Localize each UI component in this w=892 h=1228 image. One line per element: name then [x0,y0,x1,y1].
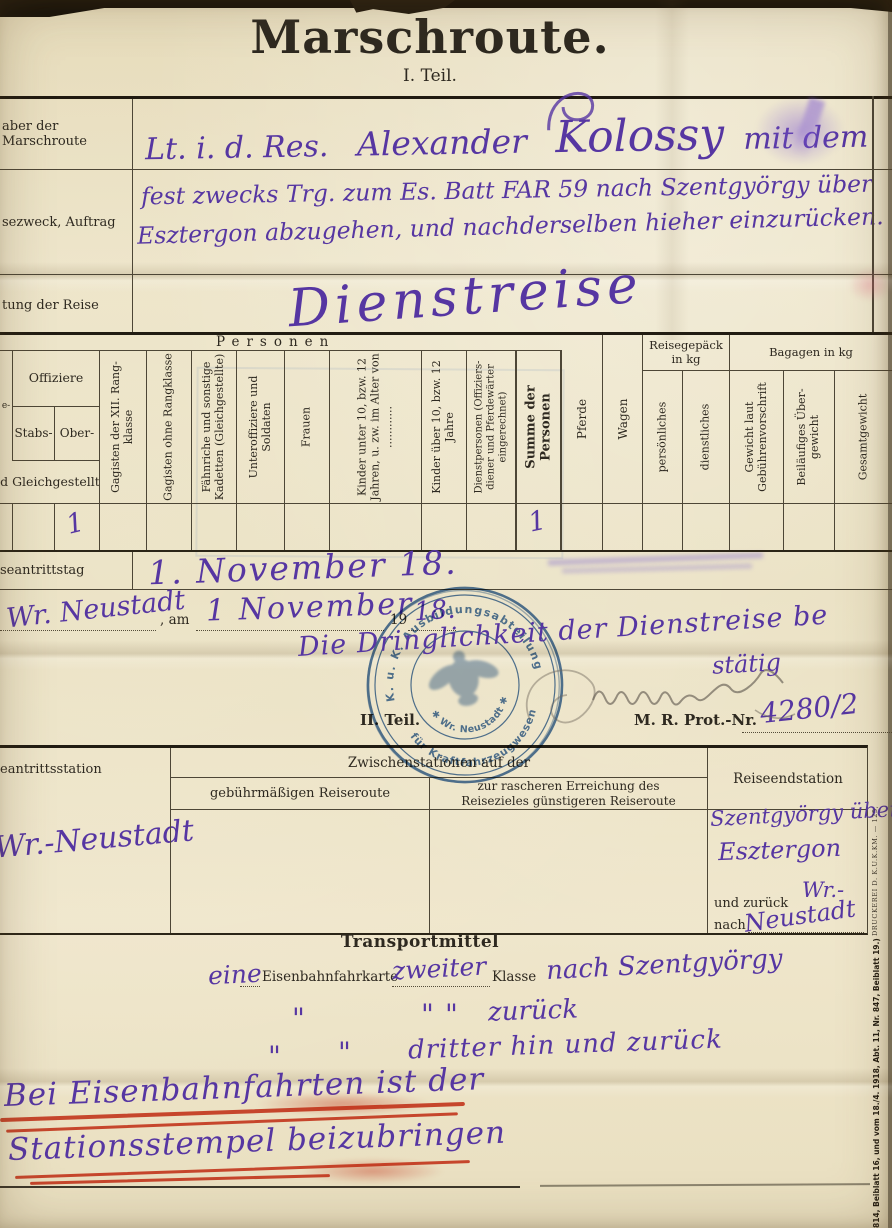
cut-fragment-cell: e- [0,351,13,461]
dotted-line [392,986,490,987]
handwritten-mit-dem: mit dem [743,120,869,157]
row-label-antrittstag: seantrittstag [0,552,133,589]
column-header-gesamtgewicht: Gesamtgewicht [835,371,892,504]
data-cell [730,504,784,550]
column-header-offiziere: Offiziere [13,351,100,407]
page-title: Marschroute. [0,10,860,64]
data-cell [13,504,55,550]
ditto-mark: " [445,998,458,1031]
cell-antrittsstation: Wr.-Neustadt [0,810,170,933]
form-part1: aber der Marschroute Lt. i. d. Res. Alex… [0,96,892,332]
cell-raschere [430,810,708,933]
data-cell [147,504,192,550]
data-cell [330,504,422,550]
personen-table: Personen e- Offiziere Stabs- Ober- und G… [0,332,892,552]
column-header-persoenliches: persönliches [643,371,683,504]
group-header-bagagen: Bagagen in kg [730,335,892,371]
column-header-uebergewicht: Beiläufiges Über­gewicht [784,371,835,504]
margin-citation: 814, Beiblatt 16, und vom 18./4. 1918, A… [872,936,881,1228]
dotted-line [0,630,156,631]
handwritten-purpose-line2: Esztergon abzugehen, und nachderselben h… [137,202,884,250]
handwritten-count-ober: 1 [64,507,91,552]
fahrkarte-label: Eisenbahnfahrkarte [262,969,398,985]
cut-fragment: e- [2,401,10,411]
column-header-stabs: Stabs- [13,407,55,461]
handwritten-antrittsstation: Wr.-Neustadt [0,813,195,865]
data-cell [467,504,515,550]
row-label-gattung: tung der Reise [0,275,133,335]
handwritten-endstation-line2: Esztergon [718,834,842,866]
ditto-mark: " [421,998,434,1031]
column-header-gagisten-xii: Gagisten der XII. Rang­klasse [100,351,147,504]
personen-heading-band: Personen [0,335,562,351]
form-right-border [872,96,874,332]
nach-label: nach [714,918,746,933]
column-header-faehnriche: Fähnriche und sonstige Kadetten (Gleich­… [192,351,237,504]
data-cell-summe: 1 [515,504,562,550]
data-cell [285,504,330,550]
dotted-line [240,986,260,987]
data-cell [237,504,285,550]
row-value-reisezweck: fest zwecks Trg. zum Es. Batt FAR 59 nac… [133,170,892,275]
column-header-summe: Summe der Personen [515,351,562,504]
data-cell [100,504,147,550]
data-cell [835,504,892,550]
ink-flourish [540,78,602,138]
data-cell [683,504,730,550]
column-header-gleichgestellte: und Gleichgestellte [0,461,100,504]
section-1-label: I. Teil. [0,66,860,86]
cell-gebuehrmaessig [170,810,430,933]
column-header-dienstpersonen: Dienstpersonen (Offiziers­diener und Pfe… [467,351,515,504]
data-cell [562,504,603,550]
handwritten-firstname: Alexander [357,122,528,164]
row-label-antrittsstation: eantrittsstation [0,748,170,810]
column-header-ober: Ober- [55,407,100,461]
klasse-label: Klasse [492,969,536,985]
handwritten-zurueck-line: zurück [488,994,579,1027]
data-cell [784,504,835,550]
document-page: Marschroute. I. Teil. aber der Marschrou… [0,0,892,1228]
column-header-unteroffiziere: Unteroffiziere und Soldaten [237,351,285,504]
data-cell [603,504,643,550]
column-header-gewicht: Gewicht laut Gebühren­vorschrift [730,371,784,504]
handwritten-struck-line2: Stationsstempel beizubringen [7,1115,506,1168]
handwritten-rank: Lt. i. d. Res. [145,129,329,167]
personen-heading: Personen [0,335,335,351]
column-header-pferde: Pferde [562,335,603,504]
bottom-rule [540,1183,870,1186]
am-label: , am [160,612,189,628]
row-value-inhaber: Lt. i. d. Res. Alexander Kolossy mit dem [133,99,892,170]
column-header-kinder-ueber: Kinder über 10, bzw. 12 Jahre [422,351,467,504]
cell-reiseendstation: Szentgyörgy über Esztergon und zurück na… [708,810,868,933]
ditto-mark: " [338,1036,351,1069]
printer-imprint: DRUCKEREI D. K.U.K.KM. — 125, [871,758,879,936]
handwritten-purpose-line1: fest zwecks Trg. zum Es. Batt FAR 59 nac… [141,170,873,211]
column-header-wagen: Wagen [603,335,643,504]
column-header-frauen: Frauen [285,351,330,504]
row-value-gattung: Dienstreise [133,275,892,335]
data-cell [192,504,237,550]
signature [505,640,850,750]
handwritten-count-summe: 1 [526,505,552,552]
column-header-gagisten-ohne: Gagisten ohne Rangklasse [147,351,192,504]
row-label-reisezweck: sezweck, Auftrag [0,170,133,275]
handwritten-klasse-nr: zweiter [391,952,487,986]
row-label-inhaber: aber der Marschroute [0,99,133,170]
transport-heading: Transportmittel [130,932,710,952]
bottom-rule [0,1186,520,1188]
column-header-kinder-unter: Kinder unter 10, bzw. 12 Jahren, u. zw. … [330,351,422,504]
column-header-dienstliches: dienstliches [683,371,730,504]
handwritten-note-line2: stätig [711,648,781,680]
data-cell [0,504,13,550]
ditto-mark: " [292,1002,305,1035]
group-header-reisegepaeck: Reisegepäck in kg [643,335,730,371]
data-cell-ober: 1 [55,504,100,550]
data-cell [643,504,683,550]
